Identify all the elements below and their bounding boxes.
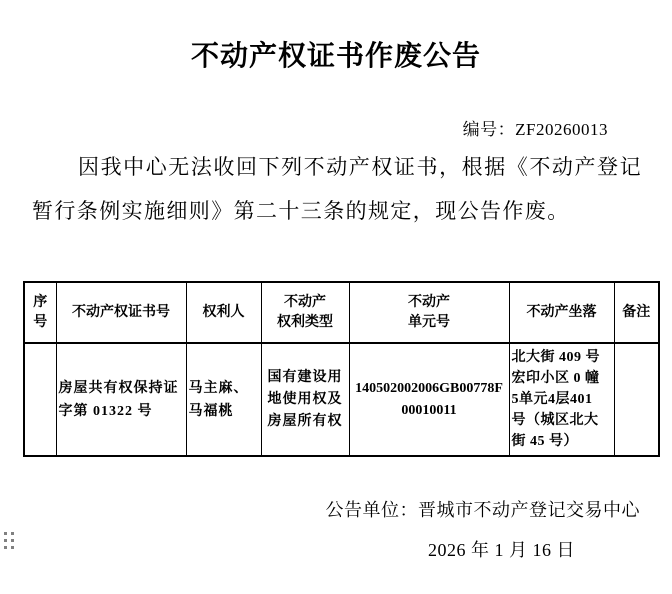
dot bbox=[4, 546, 7, 549]
dot bbox=[4, 539, 7, 542]
dot bbox=[11, 546, 14, 549]
issuer-name: 晋城市不动产登记交易中心 bbox=[418, 500, 640, 520]
cell-remark bbox=[614, 343, 659, 456]
col-header-unit-no: 不动产 单元号 bbox=[349, 282, 509, 343]
dot bbox=[11, 532, 14, 535]
cell-cert-no: 房屋共有权保持证 字第 01322 号 bbox=[56, 343, 186, 456]
col-header-cert-no: 不动产权证书号 bbox=[56, 282, 186, 343]
cell-unit-no: 140502002006GB00778F 00010011 bbox=[349, 343, 509, 456]
cell-seq bbox=[24, 343, 56, 456]
dot bbox=[11, 539, 14, 542]
dot bbox=[4, 532, 7, 535]
doc-number-value: ZF20260013 bbox=[515, 120, 608, 139]
cell-location: 北大街 409 号 宏印小区 0 幢 5单元4层401 号（城区北大 街 45 … bbox=[509, 343, 614, 456]
table-header-row: 序 号 不动产权证书号 权利人 不动产 权利类型 不动产 单元号 不动产坐落 备… bbox=[24, 282, 659, 343]
col-header-holder: 权利人 bbox=[186, 282, 261, 343]
cell-holder: 马主麻、 马福桃 bbox=[186, 343, 261, 456]
table-row: 房屋共有权保持证 字第 01322 号 马主麻、 马福桃 国有建设用 地使用权及… bbox=[24, 343, 659, 456]
date-line: 2026 年 1 月 16 日 bbox=[428, 536, 575, 562]
doc-number-line: 编号：ZF20260013 bbox=[463, 115, 608, 140]
issuer-line: 公告单位：晋城市不动产登记交易中心 bbox=[326, 496, 641, 522]
body-paragraph: 因我中心无法收回下列不动产权证书，根据《不动产登记暂行条例实施细则》第二十三条的… bbox=[32, 145, 642, 233]
col-header-remark: 备注 bbox=[614, 282, 659, 343]
doc-number-label: 编号： bbox=[463, 120, 516, 139]
col-header-location: 不动产坐落 bbox=[509, 282, 614, 343]
col-header-seq: 序 号 bbox=[24, 282, 56, 343]
certificates-table: 序 号 不动产权证书号 权利人 不动产 权利类型 不动产 单元号 不动产坐落 备… bbox=[23, 281, 660, 457]
cell-right-type: 国有建设用 地使用权及 房屋所有权 bbox=[261, 343, 349, 456]
col-header-right-type: 不动产 权利类型 bbox=[261, 282, 349, 343]
issuer-label: 公告单位： bbox=[326, 500, 419, 520]
page-title: 不动产权证书作废公告 bbox=[0, 34, 672, 74]
drag-handle-dots-icon[interactable] bbox=[4, 532, 14, 549]
